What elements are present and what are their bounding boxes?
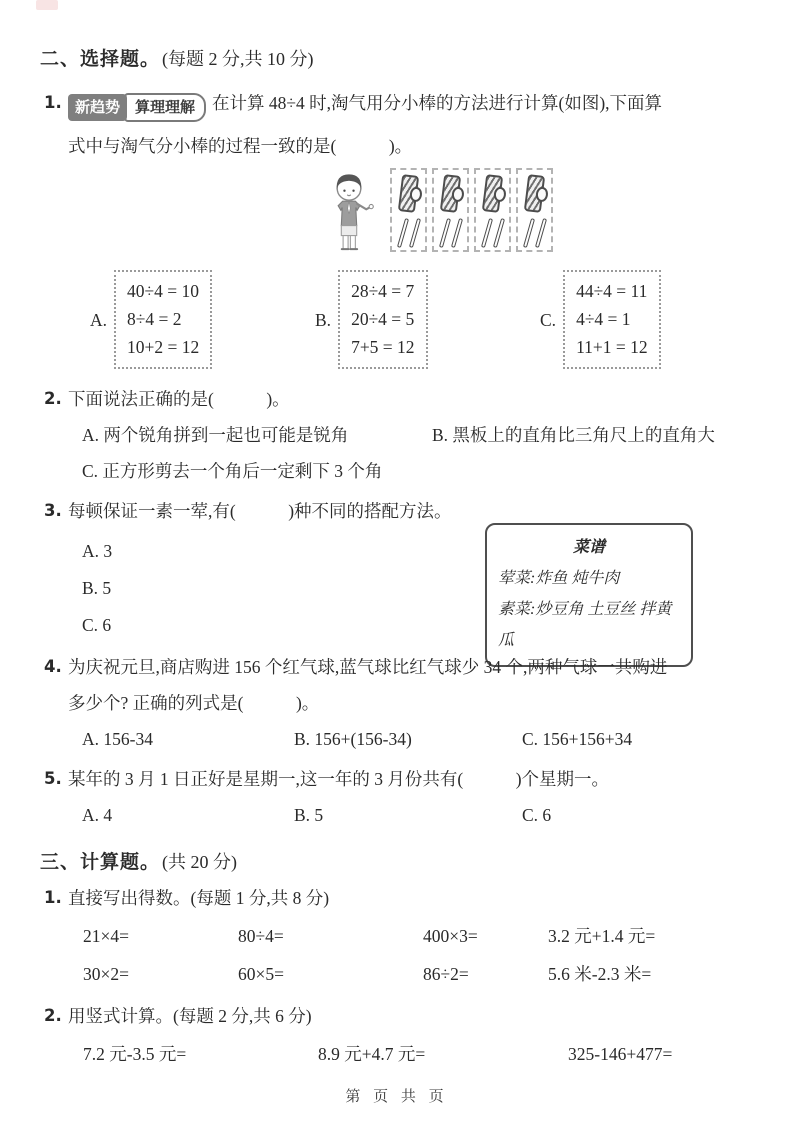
stick-bundle-icon [440,174,461,213]
calc-expression: 7.2 元-3.5 元= [83,1042,318,1066]
q5-option-a: A. 4 [82,803,294,827]
option-equations-box: 44÷4 = 11 4÷4 = 1 11+1 = 12 [563,270,661,369]
equation-line: 7+5 = 12 [351,333,415,361]
question-2-options-ab: A. 两个锐角拼到一起也可能是锐角 B. 黑板上的直角比三角尺上的直角大 [68,423,765,447]
q4-option-a: A. 156-34 [82,727,294,751]
stick-group-2 [432,168,469,252]
question-1-options: A. 40÷4 = 10 8÷4 = 2 10+2 = 12 B. 28÷4 =… [90,270,765,369]
question-5-stem: 某年的 3 月 1 日正好是星期一,这一年的 3 月份共有( )个星期一。 [68,767,765,791]
calc-2: 2. 用竖式计算。(每题 2 分,共 6 分) 7.2 元-3.5 元= 8.9… [40,1004,765,1066]
question-3-number: 3. [44,499,62,523]
calc-expression: 30×2= [83,962,238,986]
stick-group-3 [474,168,511,252]
section3-heading: 三、计算题。(共 20 分) [40,847,765,874]
calc-2-row: 7.2 元-3.5 元= 8.9 元+4.7 元= 325-146+477= [68,1042,765,1066]
calc-expression: 5.6 米-2.3 米= [548,962,765,986]
stick-division-figure [320,168,765,256]
section3-title: 三、计算题。 [40,851,160,873]
calc-expression: 3.2 元+1.4 元= [548,924,765,948]
calc-expression: 60×5= [238,962,423,986]
question-4-stem-line1: 为庆祝元旦,商店购进 156 个红气球,蓝气球比红气球少 34 个,两种气球一共… [68,655,765,679]
equation-line: 40÷4 = 10 [127,277,199,305]
q4-option-b: B. 156+(156-34) [294,727,522,751]
section3-score: (共 20 分) [162,852,237,872]
question-1-number: 1. [44,91,62,115]
calc-1-heading: 直接写出得数。(每题 1 分,共 8 分) [68,886,765,910]
q2-option-c: C. 正方形剪去一个角后一定剩下 3 个角 [68,459,765,483]
calc-1-row-1: 21×4= 80÷4= 400×3= 3.2 元+1.4 元= [68,924,765,948]
question-5-options: A. 4 B. 5 C. 6 [68,803,765,827]
question-4-options: A. 156-34 B. 156+(156-34) C. 156+156+34 [68,727,765,751]
question-1: 1. 新趋势 算理理解 在计算 48÷4 时,淘气用分小棒的方法进行计算(如图)… [40,91,765,369]
option-equations-box: 40÷4 = 10 8÷4 = 2 10+2 = 12 [114,270,212,369]
section2-title: 二、选择题。 [40,48,160,70]
cartoon-boy-illustration [320,168,378,256]
q4-option-c: C. 156+156+34 [522,727,632,751]
calc-expression: 86÷2= [423,962,548,986]
question-5: 5. 某年的 3 月 1 日正好是星期一,这一年的 3 月份共有( )个星期一。… [40,767,765,827]
menu-title: 菜谱 [498,532,680,563]
question-2-stem: 下面说法正确的是( )。 [68,387,765,411]
stick-group-4 [516,168,553,252]
calc-expression: 8.9 元+4.7 元= [318,1042,568,1066]
question-2: 2. 下面说法正确的是( )。 A. 两个锐角拼到一起也可能是锐角 B. 黑板上… [40,387,765,483]
stick-bundle-icon [398,174,419,213]
option-equations-box: 28÷4 = 7 20÷4 = 5 7+5 = 12 [338,270,428,369]
stick-bundle-icon [524,174,545,213]
q2-option-a: A. 两个锐角拼到一起也可能是锐角 [82,423,432,447]
menu-card: 菜谱 荤菜:炸鱼 炖牛肉 素菜:炒豆角 土豆丝 拌黄瓜 [485,523,693,667]
question-3-stem: 每顿保证一素一荤,有( )种不同的搭配方法。 [68,499,765,523]
question-1-badges: 新趋势 算理理解 [68,93,206,122]
calc-1: 1. 直接写出得数。(每题 1 分,共 8 分) 21×4= 80÷4= 400… [40,886,765,986]
q1-option-b: B. 28÷4 = 7 20÷4 = 5 7+5 = 12 [315,270,540,369]
q1-option-c: C. 44÷4 = 11 4÷4 = 1 11+1 = 12 [540,270,765,369]
question-4-stem-line2: 多少个? 正确的列式是( )。 [68,691,765,715]
topic-badge: 算理理解 [124,93,206,122]
page-footer: 第 页 共 页 [0,1085,793,1106]
q2-option-b: B. 黑板上的直角比三角尺上的直角大 [432,423,715,447]
option-label: B. [315,308,331,332]
equation-line: 11+1 = 12 [576,333,648,361]
new-trend-badge: 新趋势 [68,94,127,121]
loose-sticks [523,218,547,248]
calc-expression: 400×3= [423,924,548,948]
question-1-stem-line1: 新趋势 算理理解 在计算 48÷4 时,淘气用分小棒的方法进行计算(如图),下面… [68,91,765,122]
equation-line: 44÷4 = 11 [576,277,648,305]
stick-bundle-icon [482,174,503,213]
q1-option-a: A. 40÷4 = 10 8÷4 = 2 10+2 = 12 [90,270,315,369]
menu-veg-line: 素菜:炒豆角 土豆丝 拌黄瓜 [498,594,680,656]
loose-sticks [439,218,463,248]
q5-option-c: C. 6 [522,803,551,827]
calc-2-number: 2. [44,1004,62,1028]
menu-meat-line: 荤菜:炸鱼 炖牛肉 [498,563,680,594]
equation-line: 10+2 = 12 [127,333,199,361]
calc-1-number: 1. [44,886,62,910]
loose-sticks [397,218,421,248]
option-label: C. [540,308,556,332]
q5-option-b: B. 5 [294,803,522,827]
calc-expression: 80÷4= [238,924,423,948]
question-2-number: 2. [44,387,62,411]
equation-line: 20÷4 = 5 [351,305,415,333]
question-1-stem-line2: 式中与淘气分小棒的过程一致的是( )。 [68,134,765,158]
question-1-stem-text1: 在计算 48÷4 时,淘气用分小棒的方法进行计算(如图),下面算 [212,93,662,113]
option-label: A. [90,308,107,332]
question-4: 4. 为庆祝元旦,商店购进 156 个红气球,蓝气球比红气球少 34 个,两种气… [40,655,765,751]
stick-group-1 [390,168,427,252]
question-4-number: 4. [44,655,62,679]
calc-expression: 325-146+477= [568,1042,765,1066]
section2-heading: 二、选择题。(每题 2 分,共 10 分) [40,44,765,71]
pink-smudge [36,0,58,10]
calc-1-row-2: 30×2= 60×5= 86÷2= 5.6 米-2.3 米= [68,962,765,986]
question-5-number: 5. [44,767,62,791]
equation-line: 4÷4 = 1 [576,305,648,333]
calc-expression: 21×4= [83,924,238,948]
calc-2-heading: 用竖式计算。(每题 2 分,共 6 分) [68,1004,765,1028]
question-3: 3. 每顿保证一素一荤,有( )种不同的搭配方法。 A. 3 B. 5 C. 6… [40,499,765,637]
section2-score: (每题 2 分,共 10 分) [162,49,314,69]
equation-line: 28÷4 = 7 [351,277,415,305]
loose-sticks [481,218,505,248]
worksheet-page: 二、选择题。(每题 2 分,共 10 分) 1. 新趋势 算理理解 在计算 48… [0,0,793,1122]
equation-line: 8÷4 = 2 [127,305,199,333]
